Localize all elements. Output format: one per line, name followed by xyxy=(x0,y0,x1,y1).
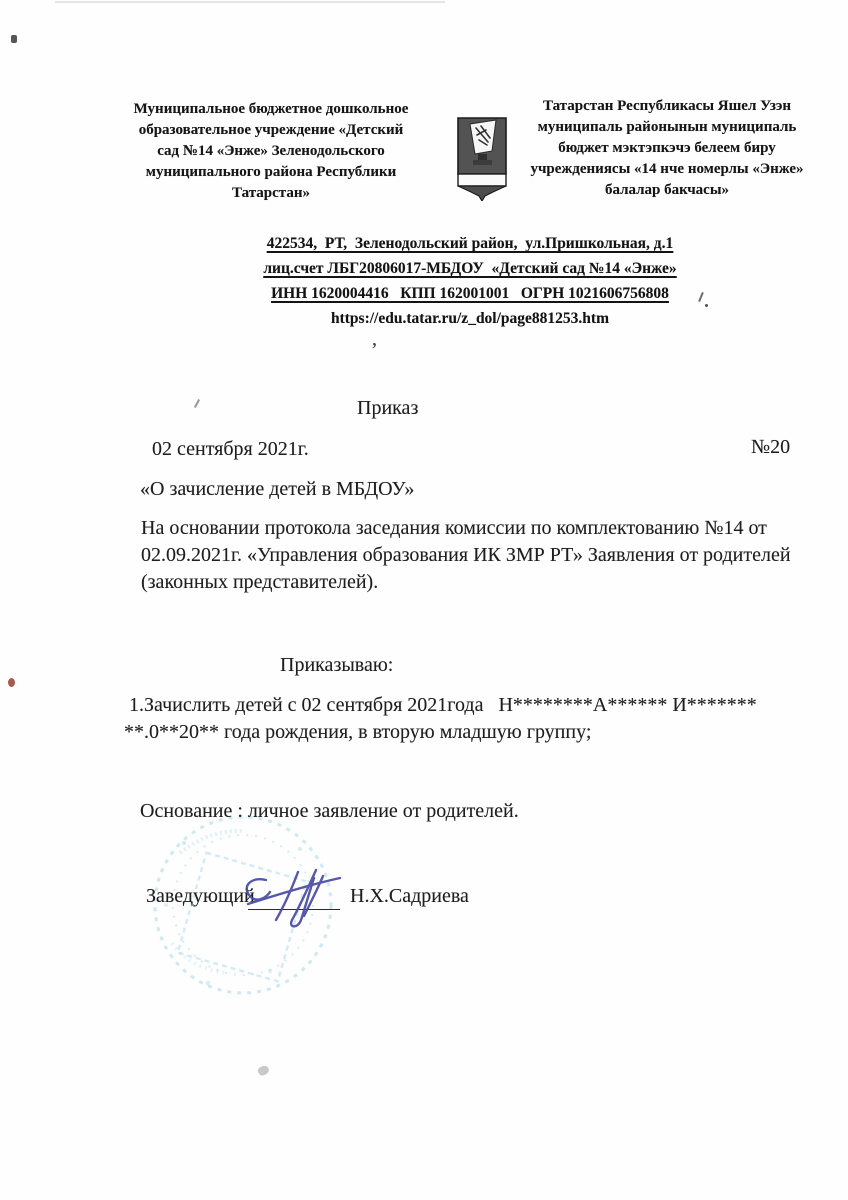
org-name-right: Татарстан Республикасы Яшел Узэн муницип… xyxy=(512,96,822,201)
scan-speck-slash-1 xyxy=(698,292,704,302)
scan-speck-slash-2 xyxy=(194,399,200,408)
order-basis: Основание : личное заявление от родителе… xyxy=(140,800,519,823)
order-date: 02 сентября 2021г. xyxy=(152,438,309,461)
order-preamble: На основании протокола заседания комисси… xyxy=(141,515,831,596)
scan-speck-red xyxy=(8,678,15,687)
order-directive: Приказываю: xyxy=(280,654,393,677)
scan-edge-artifact xyxy=(55,1,445,3)
order-item-1: 1.Зачислить детей с 02 сентября 2021года… xyxy=(124,692,834,746)
scan-speck-dot xyxy=(705,304,708,307)
scan-speck-dark xyxy=(11,35,17,43)
contact-account: лиц.счет ЛБГ20806017-МБДОУ «Детский сад … xyxy=(260,256,680,281)
order-subject: «О зачисление детей в МБДОУ» xyxy=(140,478,414,501)
signatory-name: Н.Х.Садриева xyxy=(350,885,469,908)
contacts-block: 422534, РТ, Зеленодольский район, ул.При… xyxy=(260,231,680,331)
contact-website: https://edu.tatar.ru/z_dol/page881253.ht… xyxy=(260,306,680,331)
coat-of-arms-emblem xyxy=(455,115,509,201)
scan-smudge-bottom xyxy=(256,1064,270,1077)
order-title: Приказ xyxy=(357,397,418,420)
handwritten-signature-icon xyxy=(228,866,353,930)
scanned-order-page: Муниципальное бюджетное дошкольное образ… xyxy=(0,0,848,1200)
order-number: №20 xyxy=(751,436,790,459)
org-name-left: Муниципальное бюджетное дошкольное образ… xyxy=(116,99,426,204)
scan-speck-comma: , xyxy=(372,328,377,351)
contact-registration: ИНН 1620004416 КПП 162001001 ОГРН 102160… xyxy=(260,281,680,306)
contact-address: 422534, РТ, Зеленодольский район, ул.При… xyxy=(260,231,680,256)
